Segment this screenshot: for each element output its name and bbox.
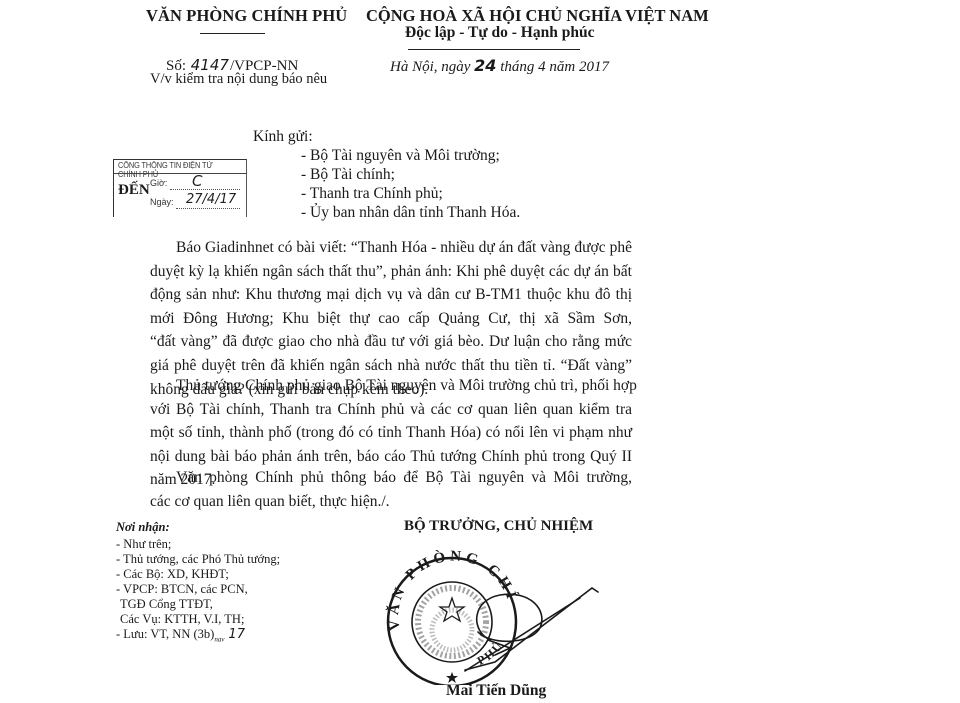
addressee-item: - Ủy ban nhân dân tỉnh Thanh Hóa. (301, 204, 520, 222)
day-handwritten: 24 (474, 56, 496, 75)
recipients-list-item: - Thủ tướng, các Phó Thủ tướng; (116, 552, 280, 567)
addressee-item: - Thanh tra Chính phủ; (301, 185, 443, 203)
issuing-agency: VĂN PHÒNG CHÍNH PHỦ (146, 6, 347, 26)
agency-underline (200, 33, 265, 34)
motto-underline (408, 49, 580, 50)
recipients-list-item-archive: - Lưu: VT, NN (3b)nav17 (116, 627, 245, 644)
addressee-item: - Bộ Tài nguyên và Môi trường; (301, 147, 500, 165)
place-date-prefix: Hà Nội, ngày (390, 59, 470, 75)
paragraph-line: Văn phòng Chính phủ thông báo để Bộ Tài … (150, 466, 632, 490)
recipients-list-item: - Các Bộ: XD, KHĐT; (116, 567, 229, 582)
date-dotted-line (176, 207, 240, 209)
body-paragraph-3: Văn phòng Chính phủ thông báo để Bộ Tài … (150, 466, 632, 513)
place-date-suffix: tháng 4 năm 2017 (500, 59, 609, 75)
recipients-list-item: TGĐ Cổng TTĐT, (120, 597, 213, 612)
recipients-list-item: - VPCP: BTCN, các PCN, (116, 582, 248, 597)
addressee-label: Kính gửi: (253, 128, 313, 146)
national-title: CỘNG HOÀ XÃ HỘI CHỦ NGHĨA VIỆT NAM (366, 6, 709, 26)
recipients-list-item: Các Vụ: KTTH, V.I, TH; (120, 612, 244, 627)
date-label: Ngày: (150, 197, 174, 207)
official-seal: VĂN PHÒNG CHÍNH PHỦ (370, 540, 610, 685)
received-stamp-header: CỔNG THÔNG TIN ĐIỆN TỬ CHÍNH PHỦ (118, 161, 236, 179)
paragraph-line: Thủ tướng Chính phủ giao Bộ Tài nguyên v… (150, 374, 632, 398)
archive-subscript: nav (214, 636, 224, 644)
recipients-list-item: - Như trên; (116, 537, 171, 552)
addressee-item: - Bộ Tài chính; (301, 166, 395, 184)
paragraph-line: mới Đông Hương; Khu biệt thự cao cấp Quả… (150, 307, 632, 331)
paragraph-line: Báo Giadinhnet có bài viết: “Thanh Hóa -… (150, 236, 632, 260)
time-label: Giờ: (150, 178, 167, 188)
document-subject: V/v kiểm tra nội dung báo nêu (150, 71, 327, 88)
paragraph-line: động sản như: Khu thương mại dịch vụ và … (150, 283, 632, 307)
signer-title: BỘ TRƯỞNG, CHỦ NHIỆM (404, 518, 593, 535)
received-label: ĐẾN (118, 182, 150, 199)
date-value-handwritten: 27/4/17 (186, 192, 236, 207)
time-value-handwritten: C (192, 172, 202, 190)
time-dotted-line (170, 188, 240, 190)
national-motto: Độc lập - Tự do - Hạnh phúc (405, 24, 594, 42)
paragraph-line: một số tỉnh, thành phố (trong đó có tỉnh… (150, 421, 632, 445)
paragraph-line: với Bộ Tài chính, Thanh tra Chính phủ và… (150, 398, 632, 422)
paragraph-line: các cơ quan liên quan biết, thực hiện./. (150, 490, 632, 514)
received-stamp: CỔNG THÔNG TIN ĐIỆN TỬ CHÍNH PHỦ ĐẾN Giờ… (113, 159, 247, 217)
archive-handwritten: 17 (228, 627, 245, 642)
national-emblem-icon (418, 588, 486, 656)
archive-text: - Lưu: VT, NN (3b) (116, 627, 214, 641)
signer-name: Mai Tiến Dũng (446, 682, 546, 700)
place-and-date: Hà Nội, ngày 24 tháng 4 năm 2017 (390, 56, 609, 76)
recipients-list-title: Nơi nhận: (116, 520, 170, 535)
paragraph-line: duyệt kỳ lạ khiến ngân sách thất thu”, p… (150, 260, 632, 284)
paragraph-line: nội dung bài báo phản ánh trên, báo cáo … (150, 445, 632, 469)
paragraph-line: “đất vàng” đã được giao cho nhà đầu tư v… (150, 330, 632, 354)
received-stamp-divider (114, 173, 246, 174)
